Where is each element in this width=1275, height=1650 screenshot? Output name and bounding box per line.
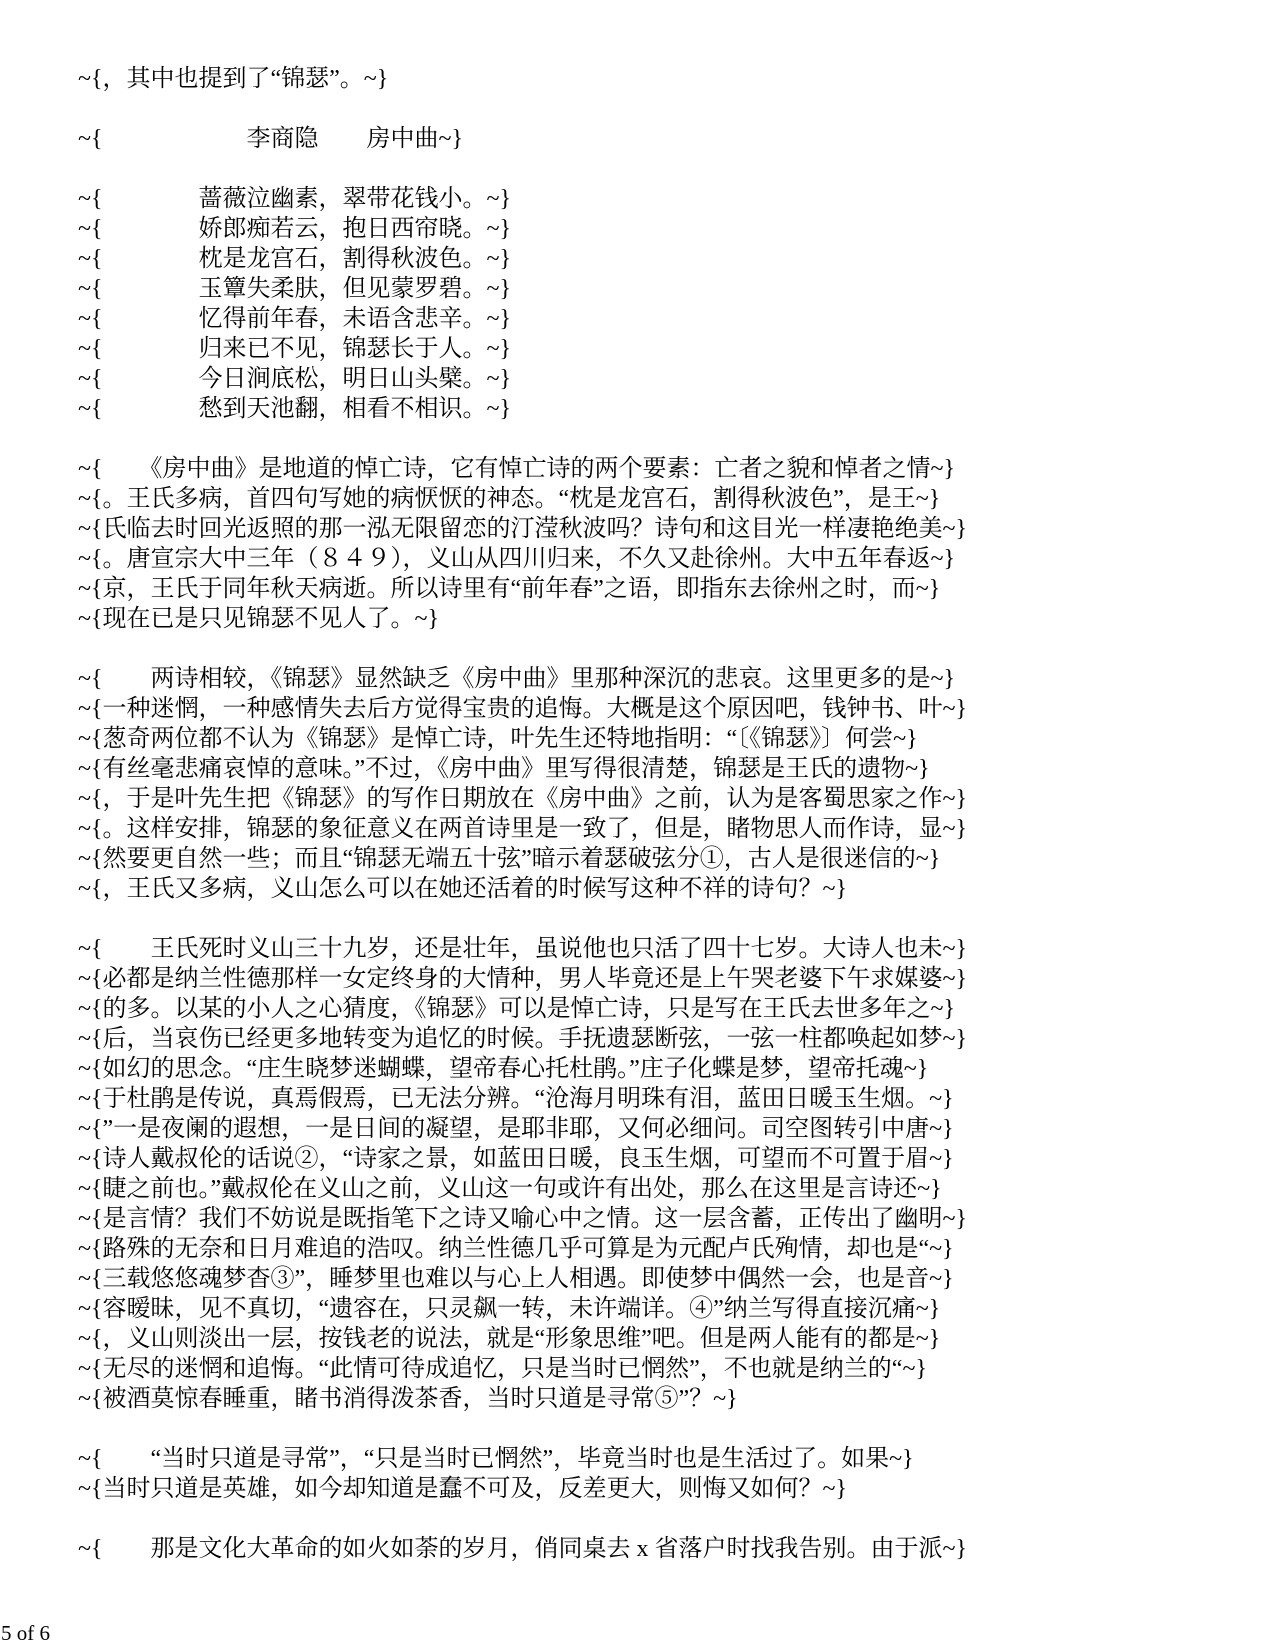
text-line: ~{后，当哀伤已经更多地转变为追忆的时候。手抚遗瑟断弦，一弦一柱都唤起如梦~} <box>78 1024 1255 1054</box>
text-line: ~{三载悠悠魂梦杳③”，睡梦里也难以与心上人相遇。即使梦中偶然一会，也是音~} <box>78 1264 1255 1294</box>
text-line: ~{。唐宣宗大中三年（８４９），义山从四川归来，不久又赴徐州。大中五年春返~} <box>78 544 1255 574</box>
text-line: ~{是言情？我们不妨说是既指笔下之诗又喻心中之情。这一层含蓄，正传出了幽明~} <box>78 1204 1255 1234</box>
text-line: ~{ 愁到天池翻，相看不相识。~} <box>78 394 1255 424</box>
text-line: ~{ 那是文化大革命的如火如荼的岁月，俏同桌去 x 省落户时找我告别。由于派~} <box>78 1534 1255 1564</box>
text-line: ~{诗人戴叔伦的话说②，“诗家之景，如蓝田日暖，良玉生烟，可望而不可置于眉~} <box>78 1144 1255 1174</box>
text-line: ~{氏临去时回光返照的那一泓无限留恋的汀滢秋波吗？诗句和这目光一样凄艳绝美~} <box>78 514 1255 544</box>
text-line: ~{容暧昧，见不真切，“遗容在，只灵飙一转，未许端详。④”纳兰写得直接沉痛~} <box>78 1294 1255 1324</box>
text-line: ~{无尽的迷惘和追悔。“此情可待成追忆，只是当时已惘然”，不也就是纳兰的“~} <box>78 1354 1255 1384</box>
text-line: ~{必都是纳兰性德那样一女定终身的大情种，男人毕竟还是上午哭老婆下午求媒婆~} <box>78 964 1255 994</box>
text-line: ~{，于是叶先生把《锦瑟》的写作日期放在《房中曲》之前，认为是客蜀思家之作~} <box>78 784 1255 814</box>
text-line <box>78 1504 1255 1534</box>
document-body: ~{，其中也提到了“锦瑟”。~} ~{ 李商隐 房中曲~} ~{ 蔷薇泣幽素，翠… <box>78 64 1255 1564</box>
text-line: ~{，义山则淡出一层，按钱老的说法，就是“形象思维”吧。但是两人能有的都是~} <box>78 1324 1255 1354</box>
text-line: ~{被酒莫惊春睡重，睹书消得泼茶香，当时只道是寻常⑤”？~} <box>78 1384 1255 1414</box>
text-line <box>78 634 1255 664</box>
text-line: ~{。这样安排，锦瑟的象征意义在两首诗里是一致了，但是，睹物思人而作诗，显~} <box>78 814 1255 844</box>
text-line: ~{ 《房中曲》是地道的悼亡诗，它有悼亡诗的两个要素：亡者之貌和悼者之情~} <box>78 454 1255 484</box>
text-line: ~{的多。以某的小人之心猜度，《锦瑟》可以是悼亡诗，只是写在王氏去世多年之~} <box>78 994 1255 1024</box>
text-line: ~{ 两诗相较，《锦瑟》显然缺乏《房中曲》里那种深沉的悲哀。这里更多的是~} <box>78 664 1255 694</box>
text-line: ~{ 枕是龙宫石，割得秋波色。~} <box>78 244 1255 274</box>
text-line <box>78 904 1255 934</box>
text-line: ~{葱奇两位都不认为《锦瑟》是悼亡诗，叶先生还特地指明：“〔《锦瑟》〕何尝~} <box>78 724 1255 754</box>
text-line: ~{有丝毫悲痛哀悼的意味。”不过，《房中曲》里写得很清楚，锦瑟是王氏的遗物~} <box>78 754 1255 784</box>
text-line: ~{当时只道是英雄，如今却知道是蠢不可及，反差更大，则悔又如何？~} <box>78 1474 1255 1504</box>
text-line: ~{一种迷惘，一种感情失去后方觉得宝贵的追悔。大概是这个原因吧，钱钟书、叶~} <box>78 694 1255 724</box>
text-line: ~{ 李商隐 房中曲~} <box>78 124 1255 154</box>
text-line: ~{ 娇郎痴若云，抱日西帘晓。~} <box>78 214 1255 244</box>
text-line <box>78 94 1255 124</box>
text-line <box>78 154 1255 184</box>
text-line: ~{ 忆得前年春，未语含悲辛。~} <box>78 304 1255 334</box>
text-line: ~{ 归来已不见，锦瑟长于人。~} <box>78 334 1255 364</box>
text-line: ~{如幻的思念。“庄生晓梦迷蝴蝶，望帝春心托杜鹃。”庄子化蝶是梦，望帝托魂~} <box>78 1054 1255 1084</box>
page-indicator: 5 of 6 <box>1 1621 50 1645</box>
document-page: ~{，其中也提到了“锦瑟”。~} ~{ 李商隐 房中曲~} ~{ 蔷薇泣幽素，翠… <box>0 0 1275 1650</box>
text-line: ~{。王氏多病，首四句写她的病恹恹的神态。“枕是龙宫石，割得秋波色”，是王~} <box>78 484 1255 514</box>
text-line: ~{，王氏又多病，义山怎么可以在她还活着的时候写这种不祥的诗句？~} <box>78 874 1255 904</box>
text-line: ~{睫之前也。”戴叔伦在义山之前，义山这一句或许有出处，那么在这里是言诗还~} <box>78 1174 1255 1204</box>
text-line: ~{京，王氏于同年秋天病逝。所以诗里有“前年春”之语，即指东去徐州之时，而~} <box>78 574 1255 604</box>
text-line: ~{”一是夜阑的遐想，一是日间的凝望，是耶非耶，又何必细问。司空图转引中唐~} <box>78 1114 1255 1144</box>
text-line: ~{然要更自然一些；而且“锦瑟无端五十弦”暗示着瑟破弦分①，古人是很迷信的~} <box>78 844 1255 874</box>
text-line: ~{ “当时只道是寻常”，“只是当时已惘然”，毕竟当时也是生活过了。如果~} <box>78 1444 1255 1474</box>
text-line: ~{于杜鹃是传说，真焉假焉，已无法分辨。“沧海月明珠有泪，蓝田日暖玉生烟。~} <box>78 1084 1255 1114</box>
text-line: ~{ 今日涧底松，明日山头檗。~} <box>78 364 1255 394</box>
text-line: ~{路殊的无奈和日月难追的浩叹。纳兰性德几乎可算是为元配卢氏殉情，却也是“~} <box>78 1234 1255 1264</box>
text-line: ~{，其中也提到了“锦瑟”。~} <box>78 64 1255 94</box>
text-line: ~{ 玉簟失柔肤，但见蒙罗碧。~} <box>78 274 1255 304</box>
text-line <box>78 424 1255 454</box>
text-line: ~{ 蔷薇泣幽素，翠带花钱小。~} <box>78 184 1255 214</box>
text-line: ~{现在已是只见锦瑟不见人了。~} <box>78 604 1255 634</box>
text-line <box>78 1414 1255 1444</box>
text-line: ~{ 王氏死时义山三十九岁，还是壮年，虽说他也只活了四十七岁。大诗人也未~} <box>78 934 1255 964</box>
